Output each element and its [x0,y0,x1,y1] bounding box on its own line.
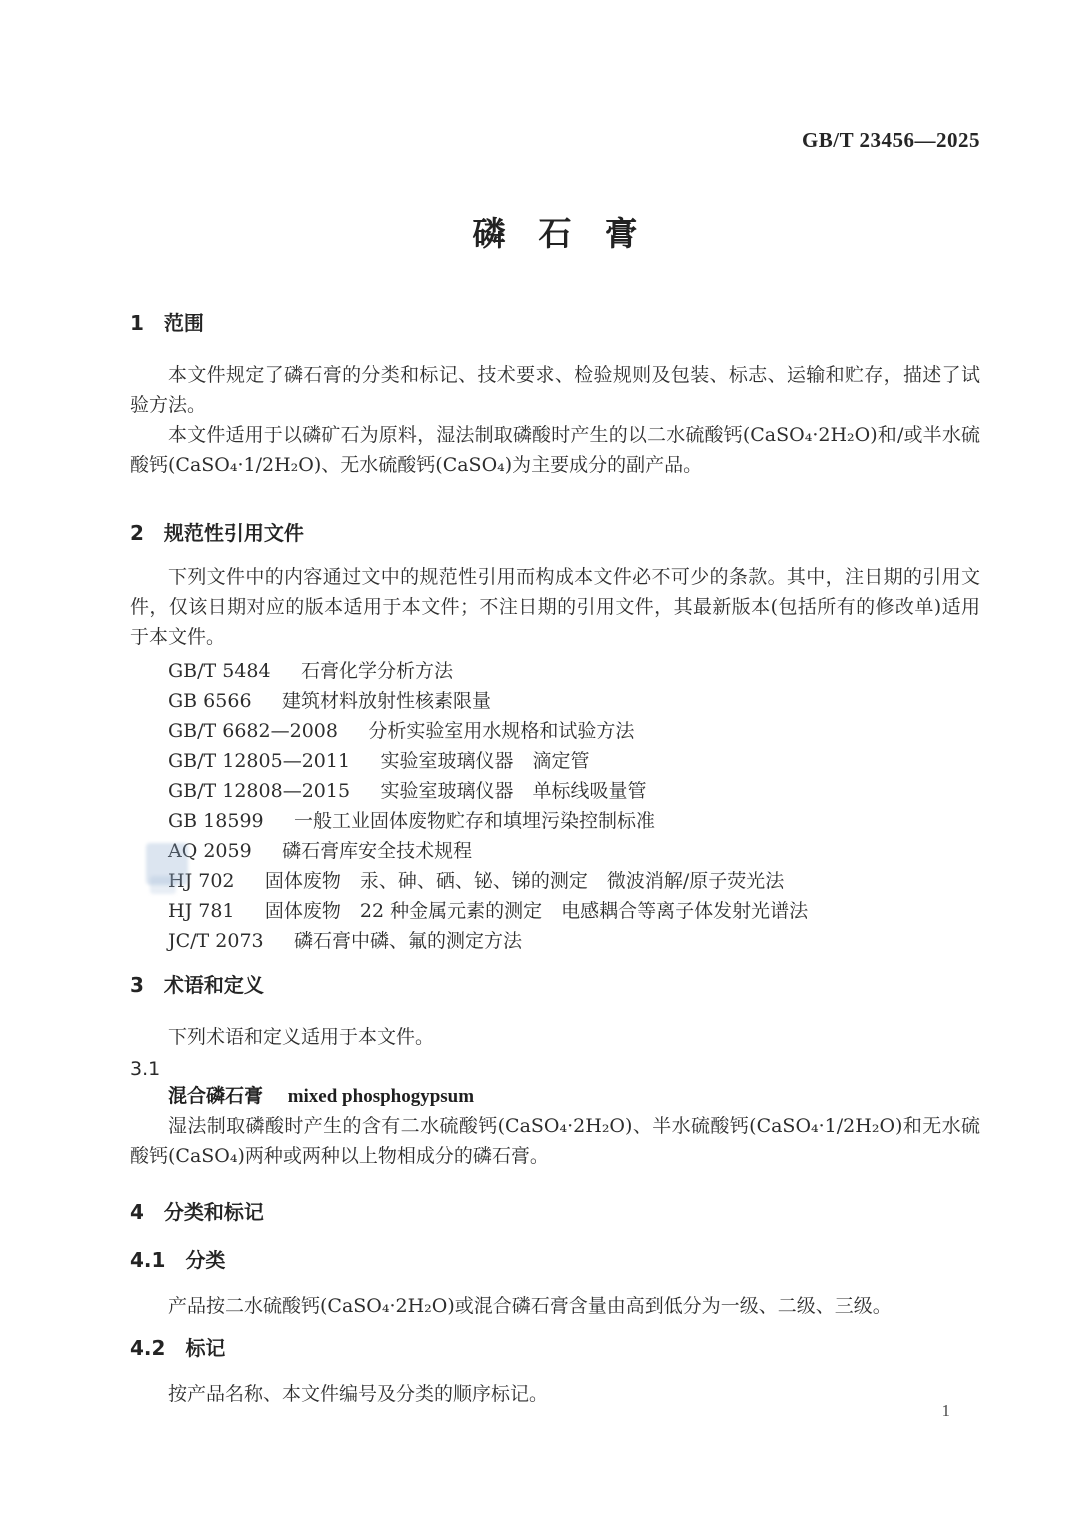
reference-code: GB 18599 [168,810,264,832]
reference-code: JC/T 2073 [168,930,264,952]
reference-title: 石膏化学分析方法 [301,660,453,682]
reference-title: 磷石膏库安全技术规程 [282,840,472,862]
term-line: 混合磷石膏mixed phosphogypsum [130,1082,980,1111]
section-1-paragraph-2: 本文件适用于以磷矿石为原料，湿法制取磷酸时产生的以二水硫酸钙(CaSO₄·2H₂… [130,420,980,480]
reference-item: GB/T 12805—2011实验室玻璃仪器 滴定管 [130,746,980,776]
reference-title: 磷石膏中磷、氟的测定方法 [294,930,522,952]
page-number: 1 [942,1400,951,1422]
section-4-1-number: 4.1 [130,1247,165,1273]
section-4-2-paragraph: 按产品名称、本文件编号及分类的顺序标记。 [130,1379,980,1409]
reference-item: GB 6566建筑材料放射性核素限量 [130,686,980,716]
reference-item: GB 18599一般工业固体废物贮存和填埋污染控制标准 [130,806,980,836]
section-4-title: 分类和标记 [164,1200,264,1224]
section-1-paragraph-1: 本文件规定了磷石膏的分类和标记、技术要求、检验规则及包装、标志、运输和贮存，描述… [130,360,980,420]
reference-item: GB/T 5484石膏化学分析方法 [130,656,980,686]
reference-item: GB/T 12808—2015实验室玻璃仪器 单标线吸量管 [130,776,980,806]
document-page: GB/T 23456—2025 磷 石 膏 1范围 本文件规定了磷石膏的分类和标… [0,0,1080,1527]
section-2-heading: 2规范性引用文件 [130,520,980,546]
doc-number: GB/T 23456—2025 [130,128,980,152]
section-4-2-heading: 4.2标记 [130,1335,980,1361]
section-3-heading: 3术语和定义 [130,972,980,998]
section-3-number: 3 [130,972,144,998]
normative-references-list: GB/T 5484石膏化学分析方法 GB 6566建筑材料放射性核素限量 GB/… [130,656,980,956]
reference-code: GB/T 6682—2008 [168,720,338,742]
reference-item: JC/T 2073磷石膏中磷、氟的测定方法 [130,926,980,956]
term-number: 3.1 [130,1056,980,1082]
section-4-2-title: 标记 [185,1336,225,1360]
reference-code: AQ 2059 [168,840,252,862]
section-2-title: 规范性引用文件 [164,521,304,545]
section-4-2-number: 4.2 [130,1335,165,1361]
section-4-heading: 4分类和标记 [130,1199,980,1225]
term-name-en: mixed phosphogypsum [288,1086,474,1107]
section-4-1-paragraph: 产品按二水硫酸钙(CaSO₄·2H₂O)或混合磷石膏含量由高到低分为一级、二级、… [130,1291,980,1321]
section-4-1-heading: 4.1分类 [130,1247,980,1273]
term-name-zh: 混合磷石膏 [168,1085,263,1107]
section-2-number: 2 [130,520,144,546]
reference-title: 分析实验室用水规格和试验方法 [368,720,634,742]
section-3-intro: 下列术语和定义适用于本文件。 [130,1022,980,1052]
section-2-intro: 下列文件中的内容通过文中的规范性引用而构成本文件必不可少的条款。其中，注日期的引… [130,562,980,652]
reference-code: HJ 781 [168,900,235,922]
reference-title: 实验室玻璃仪器 单标线吸量管 [380,780,646,802]
term-definition: 湿法制取磷酸时产生的含有二水硫酸钙(CaSO₄·2H₂O)、半水硫酸钙(CaSO… [130,1111,980,1171]
reference-item: AQ 2059磷石膏库安全技术规程 [130,836,980,866]
reference-code: GB 6566 [168,690,252,712]
reference-item: HJ 702固体废物 汞、砷、硒、铋、锑的测定 微波消解/原子荧光法 [130,866,980,896]
reference-item: GB/T 6682—2008分析实验室用水规格和试验方法 [130,716,980,746]
reference-title: 固体废物 22 种金属元素的测定 电感耦合等离子体发射光谱法 [265,900,808,922]
reference-code: GB/T 12805—2011 [168,750,350,772]
reference-title: 一般工业固体废物贮存和填埋污染控制标准 [294,810,655,832]
reference-title: 固体废物 汞、砷、硒、铋、锑的测定 微波消解/原子荧光法 [265,870,784,892]
section-4-1-title: 分类 [185,1248,225,1272]
reference-code: GB/T 5484 [168,660,271,682]
section-4-number: 4 [130,1199,144,1225]
reference-item: HJ 781固体废物 22 种金属元素的测定 电感耦合等离子体发射光谱法 [130,896,980,926]
doc-title: 磷 石 膏 [130,214,980,254]
section-1-number: 1 [130,310,144,336]
section-3-title: 术语和定义 [164,973,264,997]
section-1-heading: 1范围 [130,310,980,336]
reference-title: 实验室玻璃仪器 滴定管 [380,750,589,772]
section-1-title: 范围 [164,311,204,335]
reference-code: HJ 702 [168,870,235,892]
reference-title: 建筑材料放射性核素限量 [282,690,491,712]
reference-code: GB/T 12808—2015 [168,780,350,802]
